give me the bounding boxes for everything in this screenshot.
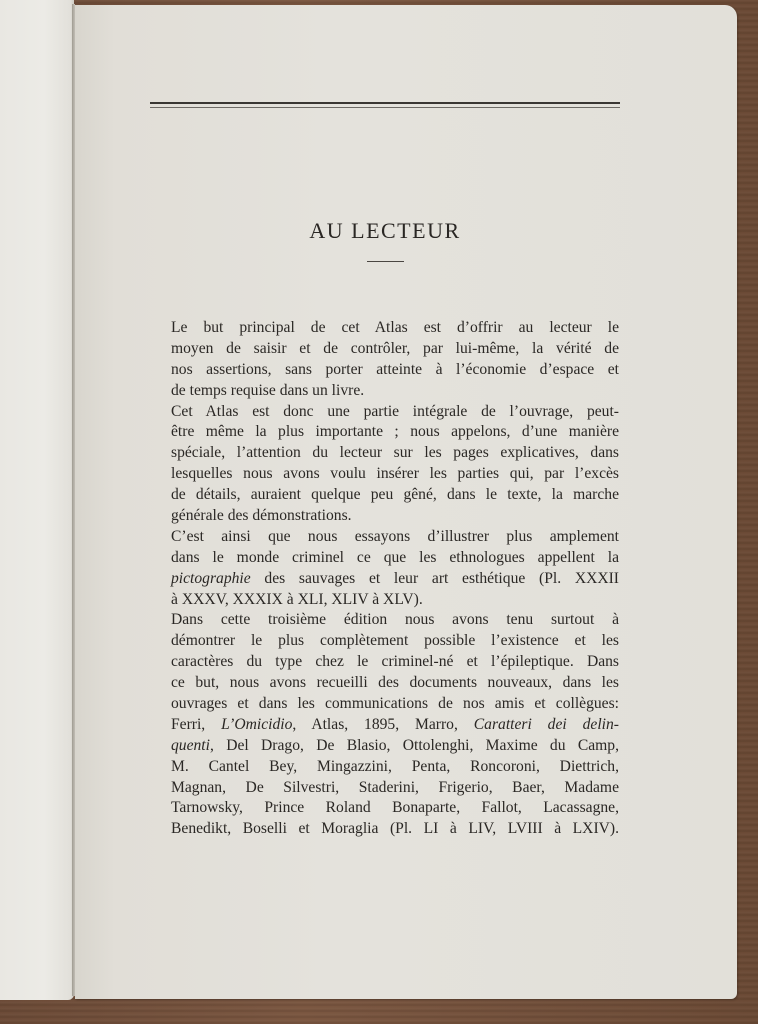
paragraph-2: Cet Atlas est donc une partie intégrale … (171, 402, 619, 527)
text-line: Benedikt, Boselli et Moraglia (Pl. LI à … (171, 819, 619, 840)
text-line: M. Cantel Bey, Mingazzini, Penta, Roncor… (171, 757, 619, 778)
text-line: démontrer le plus complètement possible … (171, 631, 619, 652)
text-line: caractères du type chez le criminel-né e… (171, 652, 619, 673)
text-line: C’est ainsi que nous essayons d’illustre… (171, 527, 619, 548)
text-line: moyen de saisir et de contrôler, par lui… (171, 339, 619, 360)
text-line: Ferri, L’Omicidio, Atlas, 1895, Marro, C… (171, 715, 619, 736)
body-text: Le but principal de cet Atlas est d’offr… (171, 318, 619, 840)
text-line: lesquelles nous avons voulu insérer les … (171, 464, 619, 485)
paragraph-1: Le but principal de cet Atlas est d’offr… (171, 318, 619, 402)
paragraph-3: C’est ainsi que nous essayons d’illustre… (171, 527, 619, 611)
text-fragment: des sauvages et leur art esthétique (Pl.… (251, 570, 619, 587)
text-line: dans le monde criminel ce que les ethnol… (171, 548, 619, 569)
text-line: générale des démonstrations. (171, 506, 619, 527)
text-line: spéciale, l’attention du lecteur sur les… (171, 443, 619, 464)
text-line: Cet Atlas est donc une partie intégrale … (171, 402, 619, 423)
title-separator (367, 261, 404, 262)
text-line: nos assertions, sans porter atteinte à l… (171, 360, 619, 381)
italic-title: Caratteri dei delin- (474, 716, 619, 733)
text-line: Magnan, De Silvestri, Staderini, Frigeri… (171, 778, 619, 799)
left-page-edge (0, 0, 74, 1000)
text-line: à XXXV, XXXIX à XLI, XLIV à XLV). (171, 590, 619, 611)
paragraph-4: Dans cette troisième édition nous avons … (171, 610, 619, 840)
text-line: Tarnowsky, Prince Roland Bonaparte, Fall… (171, 798, 619, 819)
text-line: quenti, Del Drago, De Blasio, Ottolenghi… (171, 736, 619, 757)
text-line: ce but, nous avons recueilli des documen… (171, 673, 619, 694)
italic-title: quenti (171, 737, 210, 754)
text-line: Le but principal de cet Atlas est d’offr… (171, 318, 619, 339)
text-line: de temps requise dans un livre. (171, 381, 619, 402)
italic-title: L’Omicidio (221, 716, 292, 733)
italic-term: pictographie (171, 570, 251, 587)
header-rule-thick (150, 102, 620, 104)
header-rule-thin (150, 107, 620, 108)
text-line: pictographie des sauvages et leur art es… (171, 569, 619, 590)
text-line: de détails, auraient quelque peu gêné, d… (171, 485, 619, 506)
text-fragment: , Atlas, 1895, Marro, (292, 716, 473, 733)
text-line: Dans cette troisième édition nous avons … (171, 610, 619, 631)
text-fragment: Ferri, (171, 716, 221, 733)
text-line: être même la plus importante ; nous appe… (171, 422, 619, 443)
page-title: AU LECTEUR (150, 218, 620, 244)
text-line: ouvrages et dans les communications de n… (171, 694, 619, 715)
text-fragment: , Del Drago, De Blasio, Ottolenghi, Maxi… (210, 737, 619, 754)
